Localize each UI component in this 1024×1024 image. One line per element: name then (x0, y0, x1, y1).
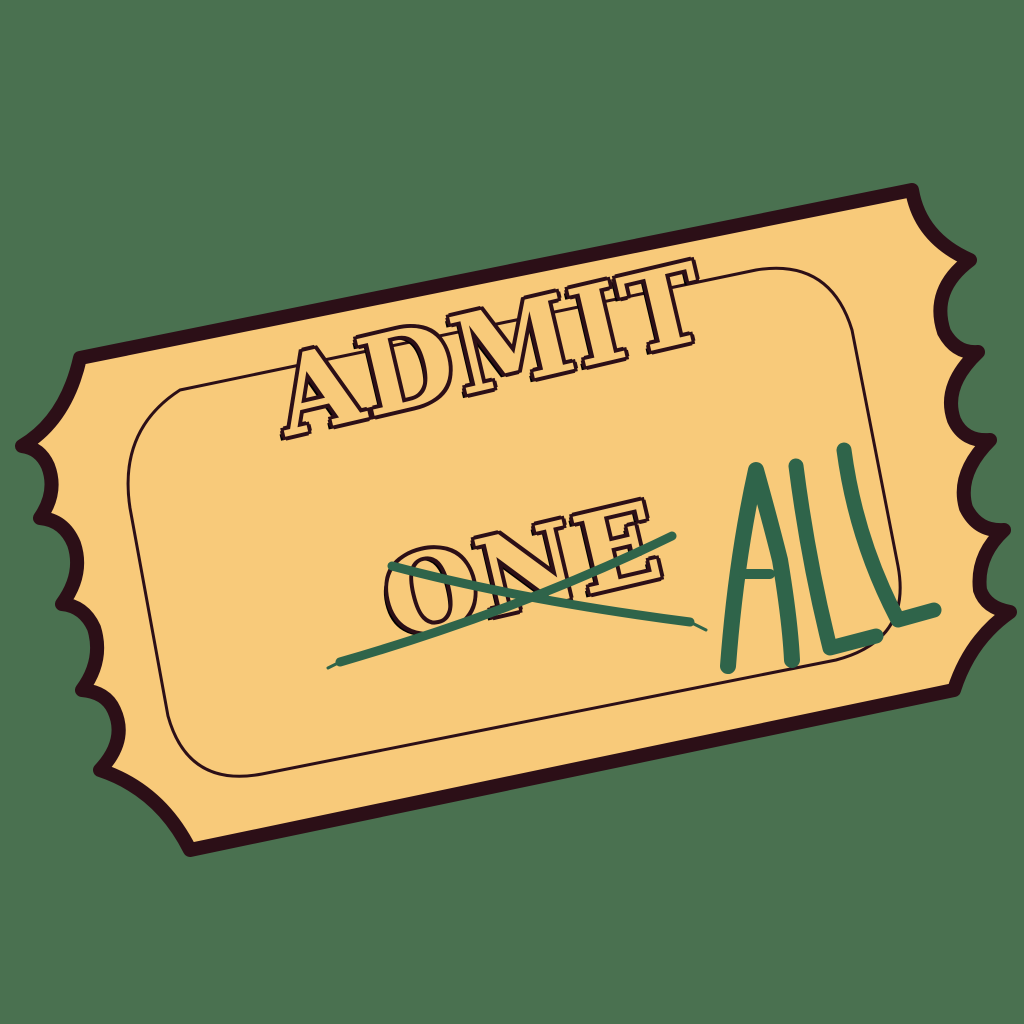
cross-out-x-icon (328, 536, 706, 668)
all-handwritten-text (728, 450, 934, 666)
ticket-illustration: ADMIT ONE (0, 0, 1024, 1024)
handwriting-overlay (0, 0, 1024, 1024)
